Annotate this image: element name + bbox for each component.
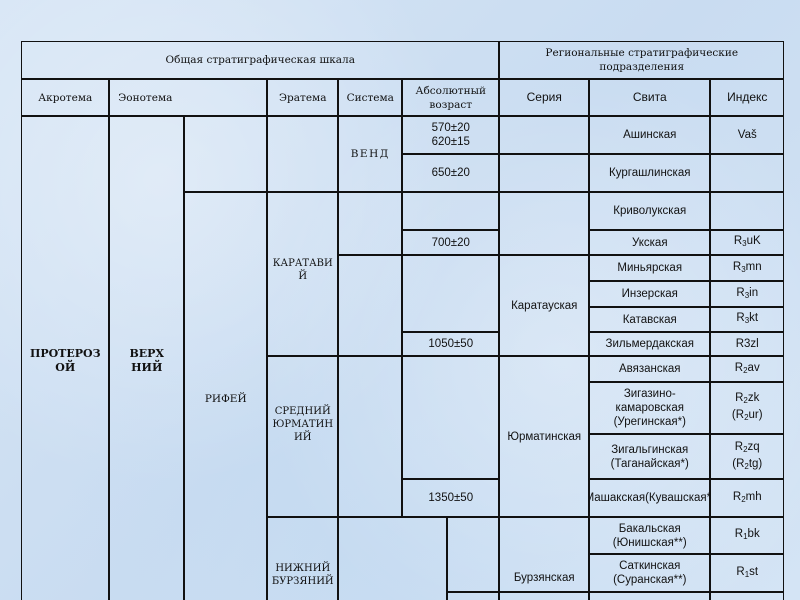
svita-cell: Кургашлинская <box>589 154 710 192</box>
empty-cell <box>589 592 710 600</box>
svita-cell: Миньярская <box>589 255 710 281</box>
index-cell: R2av <box>710 356 784 382</box>
seriya-label: Каратауская <box>511 299 577 313</box>
index-value: R2ur <box>736 409 759 421</box>
index-cell: Vaš <box>710 116 784 154</box>
svita-name: Бакальская (Юнишская**) <box>598 522 701 550</box>
index-value: R2zq <box>735 440 760 457</box>
empty-cell <box>338 255 402 356</box>
eratema-nizhniy-burzyaniy: НИЖНИЙ БУРЗЯНИЙ <box>267 517 338 600</box>
index-cell: R2zq(R2tg) <box>710 434 784 479</box>
col-seriya: Серия <box>499 79 589 116</box>
age-cell: 1050±50 <box>402 332 499 356</box>
svita-cell: Бакальская (Юнишская**) <box>589 517 710 554</box>
empty-cell <box>338 356 402 517</box>
seriya-yurmatinskaya: Юрматинская <box>499 356 589 517</box>
eratema-karataviy-label: КАРАТАВИЙ <box>271 257 334 283</box>
svita-name: Зильмердакская <box>606 337 694 351</box>
index-cell: R3kt <box>710 307 784 332</box>
index-value: R3zl <box>736 337 759 351</box>
age-cell: 1350±50 <box>402 479 499 517</box>
empty-cell <box>499 154 589 192</box>
index-value: R2zk <box>735 391 759 408</box>
svita-name: Саткинская (Суранская**) <box>598 559 701 587</box>
seriya-karatauskaya: Каратауская <box>499 255 589 356</box>
svita-name: Миньярская <box>617 261 682 275</box>
svita-name: Катавская <box>623 313 677 327</box>
header-general-scale: Общая стратиграфическая шкала <box>21 41 499 79</box>
svita-name: Машакская(Кувашская*) <box>589 491 710 505</box>
svita-name: Ашинская <box>623 128 676 142</box>
index-value: Vaš <box>738 128 757 142</box>
index-value: R3uK <box>734 234 761 251</box>
index-alt-value: (R2ur) <box>732 408 763 425</box>
col-akrotema: Акротема <box>21 79 109 116</box>
svita-name: Укская <box>632 236 668 250</box>
seriya-label: Юрматинская <box>507 430 581 444</box>
col-eonotema: Эонотема <box>109 79 267 116</box>
index-value: R2mh <box>733 490 762 507</box>
empty-cell <box>447 592 499 600</box>
index-value: R1bk <box>735 527 760 544</box>
index-value: R3kt <box>736 311 758 328</box>
rifey: РИФЕЙ <box>184 192 267 600</box>
empty-cell <box>710 592 784 600</box>
col-svita: Свита <box>589 79 710 116</box>
index-cell: R3zl <box>710 332 784 356</box>
age-cell: 570±20 620±15 <box>402 116 499 154</box>
col-sistema: Система <box>338 79 402 116</box>
index-cell: R3mn <box>710 255 784 281</box>
age-value: 570±20 620±15 <box>432 121 470 149</box>
index-value: R3in <box>736 286 758 303</box>
svita-name: Кургашлинская <box>609 166 690 180</box>
svita-cell: Ашинская <box>589 116 710 154</box>
index-value: R2av <box>735 361 760 378</box>
svita-name: Зигазино-камаровская (Урегинская*) <box>598 387 701 429</box>
eonotema-label: ВЕРХНИЙ <box>128 347 165 375</box>
col-eratema: Эратема <box>267 79 338 116</box>
index-cell: R3uK <box>710 230 784 255</box>
header-regional: Региональные стратиграфические подраздел… <box>499 41 784 79</box>
eonotema-verkhniy: ВЕРХНИЙ <box>109 116 184 600</box>
col-indeks: Индекс <box>710 79 784 116</box>
svita-name: Инзерская <box>622 287 678 301</box>
akrotema-proterozoy: ПРОТЕРОЗОЙ <box>21 116 109 600</box>
empty-cell <box>267 116 338 192</box>
svita-cell: Укская <box>589 230 710 255</box>
empty-cell <box>499 592 589 600</box>
svita-cell: Зильмердакская <box>589 332 710 356</box>
index-value: R1st <box>736 565 758 582</box>
svita-name: Авязанская <box>619 362 681 376</box>
empty-cell <box>402 192 499 230</box>
sistema-vend: ВЕНД <box>338 116 402 192</box>
col-abs-age: Абсолютный возраст <box>402 79 499 116</box>
index-cell: R2mh <box>710 479 784 517</box>
index-cell: R1st <box>710 554 784 592</box>
index-cell: R1bk <box>710 517 784 554</box>
empty-cell <box>402 356 499 479</box>
empty-cell <box>499 192 589 255</box>
empty-cell <box>447 517 499 592</box>
svita-name: Криволукская <box>613 204 686 218</box>
index-cell: R2zk(R2ur) <box>710 382 784 434</box>
akrotema-label: ПРОТЕРОЗОЙ <box>28 347 102 375</box>
eratema-burzyaniy-label: НИЖНИЙ БУРЗЯНИЙ <box>271 562 334 588</box>
col-eonotema-label: Эонотема <box>118 91 172 105</box>
empty-cell <box>184 116 267 192</box>
stratigraphic-table: Общая стратиграфическая шкала Региональн… <box>0 0 800 600</box>
index-alt-value: (R2tg) <box>732 457 762 474</box>
svita-name: Зигальгинская (Таганайская*) <box>598 443 701 471</box>
svita-cell: Зигазино-камаровская (Урегинская*) <box>589 382 710 434</box>
index-cell <box>710 192 784 230</box>
index-value: R2tg <box>736 458 758 470</box>
svita-cell: Инзерская <box>589 281 710 307</box>
eratema-sredniy-yurmatiniy: СРЕДНИЙ ЮРМАТИНИЙ <box>267 356 338 517</box>
empty-cell <box>338 517 447 600</box>
index-cell: R3in <box>710 281 784 307</box>
age-cell: 650±20 <box>402 154 499 192</box>
svita-cell: Криволукская <box>589 192 710 230</box>
empty-cell <box>499 116 589 154</box>
svita-cell: Саткинская (Суранская**) <box>589 554 710 592</box>
empty-cell <box>338 192 402 255</box>
svita-cell: Машакская(Кувашская*) <box>589 479 710 517</box>
svita-cell: Катавская <box>589 307 710 332</box>
eratema-karataviy: КАРАТАВИЙ <box>267 192 338 356</box>
seriya-burzyanskaya: Бурзянская <box>499 517 589 592</box>
index-cell <box>710 154 784 192</box>
svita-cell: Зигальгинская (Таганайская*) <box>589 434 710 479</box>
index-value: R3mn <box>733 260 762 277</box>
empty-cell <box>402 255 499 332</box>
svita-cell: Авязанская <box>589 356 710 382</box>
age-cell: 700±20 <box>402 230 499 255</box>
eratema-yurmatiniy-label: СРЕДНИЙ ЮРМАТИНИЙ <box>271 405 334 444</box>
